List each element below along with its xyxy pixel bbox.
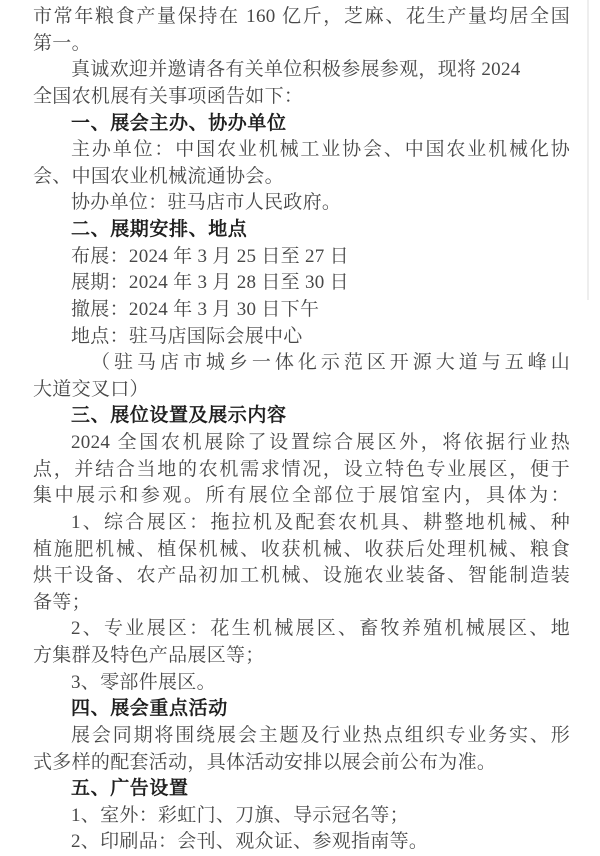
- text-line: 地点：驻马店国际会展中心: [33, 324, 570, 351]
- text-line: 协办单位：驻马店市人民政府。: [33, 190, 570, 217]
- section-heading: 三、展位设置及展示内容: [33, 403, 570, 430]
- section-heading: 一、展会主办、协办单位: [33, 111, 570, 138]
- text-line: 1、室外：彩虹门、刀旗、导示冠名等；: [33, 803, 570, 830]
- text-line: 展会同期将围绕展会主题及行业热点组织专业务实、形: [33, 723, 570, 750]
- text-line: 展期：2024 年 3 月 28 日至 30 日: [33, 270, 570, 297]
- document-page: 市常年粮食产量保持在 160 亿斤，芝麻、花生产量均居全国第一。真诚欢迎并邀请各…: [0, 0, 600, 856]
- text-line: 市常年粮食产量保持在 160 亿斤，芝麻、花生产量均居全国: [33, 4, 570, 31]
- text-line: 2、专业展区：花生机械展区、畜牧养殖机械展区、地: [33, 616, 570, 643]
- text-line: 集中展示和参观。所有展位全部位于展馆室内，具体为：: [33, 483, 570, 510]
- text-line: 3、零部件展区。: [33, 670, 570, 697]
- text-line: 2、印刷品：会刊、观众证、参观指南等。: [33, 829, 570, 856]
- text-line: 会、中国农业机械流通协会。: [33, 164, 570, 191]
- text-line: 大道交叉口）: [33, 377, 570, 404]
- text-line: 植施肥机械、植保机械、收获机械、收获后处理机械、粮食: [33, 537, 570, 564]
- text-line: 备等；: [33, 590, 570, 617]
- section-heading: 四、展会重点活动: [33, 696, 570, 723]
- text-line: 撤展：2024 年 3 月 30 日下午: [33, 297, 570, 324]
- text-line: 2024 全国农机展除了设置综合展区外，将依据行业热: [33, 430, 570, 457]
- text-line: 式多样的配套活动，具体活动安排以展会前公布为准。: [33, 750, 570, 777]
- text-line: （驻马店市城乡一体化示范区开源大道与五峰山: [33, 350, 570, 377]
- text-line: 全国农机展有关事项函告如下：: [33, 84, 570, 111]
- text-line: 1、综合展区：拖拉机及配套农机具、耕整地机械、种: [33, 510, 570, 537]
- section-heading: 五、广告设置: [33, 776, 570, 803]
- text-line: 主办单位：中国农业机械工业协会、中国农业机械化协: [33, 137, 570, 164]
- text-line: 方集群及特色产品展区等；: [33, 643, 570, 670]
- text-line: 真诚欢迎并邀请各有关单位积极参展参观，现将 2024: [33, 57, 570, 84]
- text-line: 第一。: [33, 31, 570, 58]
- scan-edge-artifact: [587, 0, 589, 300]
- text-line: 布展：2024 年 3 月 25 日至 27 日: [33, 244, 570, 271]
- section-heading: 二、展期安排、地点: [33, 217, 570, 244]
- text-line: 烘干设备、农产品初加工机械、设施农业装备、智能制造装: [33, 563, 570, 590]
- text-line: 点，并结合当地的农机需求情况，设立特色专业展区，便于: [33, 457, 570, 484]
- document-body: 市常年粮食产量保持在 160 亿斤，芝麻、花生产量均居全国第一。真诚欢迎并邀请各…: [33, 4, 570, 856]
